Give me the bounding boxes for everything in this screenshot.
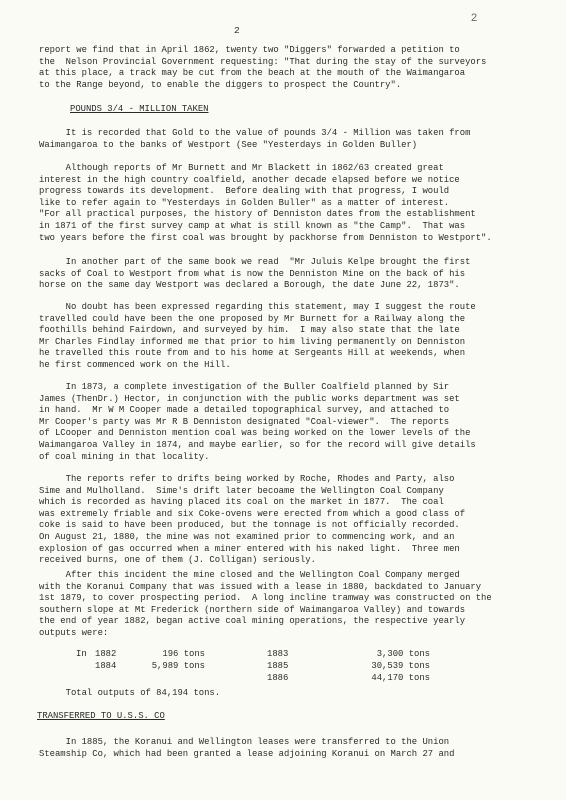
output-tons: 44,170 tons	[330, 673, 430, 683]
text-line: with the Koranui Company that was issued…	[39, 582, 559, 594]
text-line: "For all practical purposes, the history…	[39, 209, 559, 221]
text-line: interest in the high country coalfield, …	[39, 175, 559, 187]
text-line: Mr Cooper's party was Mr R B Denniston d…	[39, 417, 559, 429]
text-line: explosion of gas occurred when a miner e…	[39, 544, 559, 556]
section-heading-transferred: TRANSFERRED TO U.S.S. CO	[37, 711, 165, 721]
text-line: sacks of Coal to Westport from what is n…	[39, 269, 559, 281]
text-line: Mr Charles Findlay informed me that prio…	[39, 337, 559, 349]
text-line: at this place, a track may be cut from t…	[39, 68, 559, 80]
corner-page-number: 2	[471, 12, 477, 24]
outputs-prefix: In	[76, 649, 87, 659]
text-line: in 1871 of the first survey camp at what…	[39, 221, 559, 233]
text-line: No doubt has been expressed regarding th…	[39, 302, 559, 314]
text-line: two years before the first coal was brou…	[39, 233, 559, 245]
paragraph: Total outputs of 84,194 tons.	[39, 688, 559, 700]
text-line: In 1885, the Koranui and Wellington leas…	[39, 737, 559, 749]
text-line: After this incident the mine closed and …	[39, 570, 559, 582]
text-line: of coal mining in that locality.	[39, 452, 559, 464]
text-line: he travelled this route from and to his …	[39, 348, 559, 360]
output-tons: 5,989 tons	[120, 661, 205, 671]
section-heading-pounds: POUNDS 3/4 - MILLION TAKEN	[70, 104, 208, 114]
text-line: Steamship Co, which had been granted a l…	[39, 749, 559, 761]
text-line: the Nelson Provincial Government request…	[39, 57, 559, 69]
paragraph: It is recorded that Gold to the value of…	[39, 128, 559, 151]
text-line: Waimangaroa to the banks of Westport (Se…	[39, 140, 559, 152]
paragraph: In another part of the same book we read…	[39, 257, 559, 292]
output-year: 1883	[267, 649, 288, 659]
text-line: outputs were:	[39, 628, 559, 640]
document-page: 2 2 report we find that in April 1862, t…	[0, 0, 566, 800]
paragraph: In 1885, the Koranui and Wellington leas…	[39, 737, 559, 760]
text-line: Sime and Mulholland. Sime's drift later …	[39, 486, 559, 498]
text-line: report we find that in April 1862, twent…	[39, 45, 559, 57]
text-line: travelled could have been the one propos…	[39, 314, 559, 326]
text-line: the end of year 1882, began active coal …	[39, 616, 559, 628]
text-line: which is recorded as having placed its c…	[39, 497, 559, 509]
text-line: was extremely friable and six Coke-ovens…	[39, 509, 559, 521]
paragraph: Although reports of Mr Burnett and Mr Bl…	[39, 163, 559, 244]
output-tons: 3,300 tons	[330, 649, 430, 659]
paragraph: No doubt has been expressed regarding th…	[39, 302, 559, 372]
text-line: In 1873, a complete investigation of the…	[39, 382, 559, 394]
text-line: It is recorded that Gold to the value of…	[39, 128, 559, 140]
paragraph: report we find that in April 1862, twent…	[39, 45, 559, 91]
output-year: 1885	[267, 661, 288, 671]
paragraph: After this incident the mine closed and …	[39, 570, 559, 640]
text-line: horse on the same day Westport was decla…	[39, 280, 559, 292]
text-line: of LCooper and Denniston mention coal wa…	[39, 428, 559, 440]
paragraph: In 1873, a complete investigation of the…	[39, 382, 559, 463]
output-tons: 196 tons	[120, 649, 205, 659]
page-number: 2	[234, 25, 240, 36]
text-line: Although reports of Mr Burnett and Mr Bl…	[39, 163, 559, 175]
text-line: southern slope at Mt Frederick (northern…	[39, 605, 559, 617]
text-line: 1st 1879, to cover prospecting period. A…	[39, 593, 559, 605]
text-line: Waimangaroa Valley in 1874, and maybe ea…	[39, 440, 559, 452]
text-line: received burns, one of them (J. Colligan…	[39, 555, 559, 567]
paragraph: The reports refer to drifts being worked…	[39, 474, 559, 567]
output-year: 1886	[267, 673, 288, 683]
text-line: In another part of the same book we read…	[39, 257, 559, 269]
text-line: progress towards its development. Before…	[39, 186, 559, 198]
text-line: foothills behind Fairdown, and surveyed …	[39, 325, 559, 337]
text-line: Total outputs of 84,194 tons.	[39, 688, 559, 700]
text-line: The reports refer to drifts being worked…	[39, 474, 559, 486]
text-line: in hand. Mr W M Cooper made a detailed t…	[39, 405, 559, 417]
text-line: On August 21, 1880, the mine was not exa…	[39, 532, 559, 544]
output-year: 1884	[95, 661, 116, 671]
text-line: coke is said to have been produced, but …	[39, 520, 559, 532]
text-line: James (ThenDr.) Hector, in conjunction w…	[39, 394, 559, 406]
text-line: like to refer again to "Yesterdays in Go…	[39, 198, 559, 210]
text-line: he first commenced work on the Hill.	[39, 360, 559, 372]
output-year: 1882	[95, 649, 116, 659]
output-tons: 30,539 tons	[330, 661, 430, 671]
text-line: to the Range beyond, to enable the digge…	[39, 80, 559, 92]
